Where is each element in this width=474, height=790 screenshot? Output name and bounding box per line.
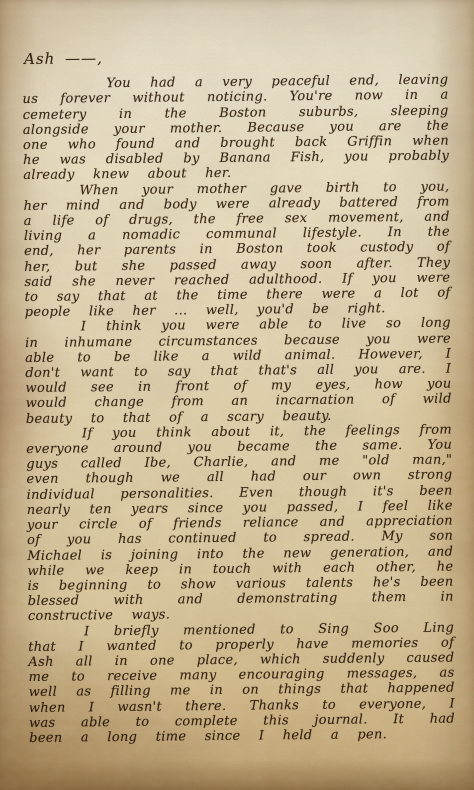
letter-paragraph-1: You had a very peaceful end, leaving us … (22, 73, 449, 184)
letter-body: Ash ——, You had a very peaceful end, lea… (22, 48, 455, 747)
letter-paragraph-4: If you think about it, the feelings from… (26, 422, 454, 624)
aged-paper-page: Ash ——, You had a very peaceful end, lea… (0, 0, 474, 790)
letter-paragraph-3: I think you were able to live so long in… (25, 316, 452, 427)
letter-paragraph-5: I briefly mentioned to Sing Soo Ling tha… (28, 620, 455, 746)
letter-paragraph-2: When your mother gave birth to you, her … (23, 179, 450, 320)
letter-salutation: Ash ——, (24, 48, 448, 68)
